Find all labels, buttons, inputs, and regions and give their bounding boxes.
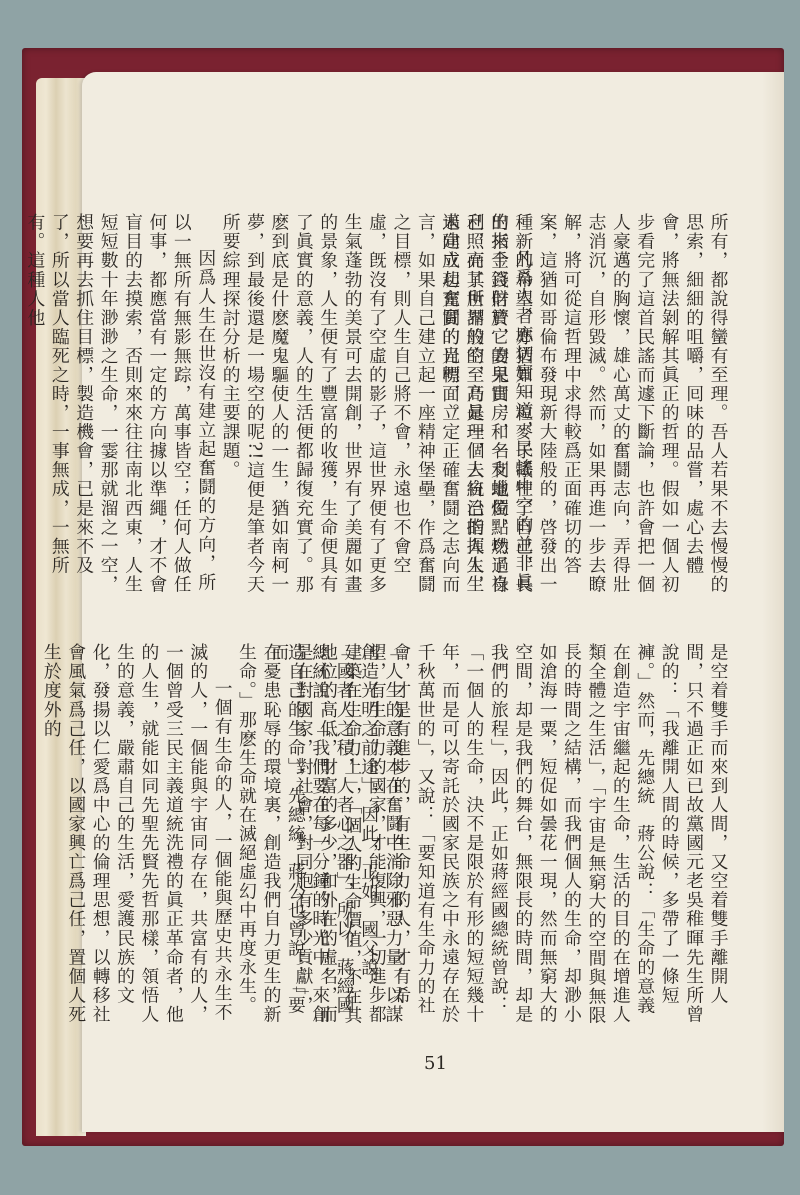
paragraph: 因爲人生在世沒有建立起奮鬪的方向，所以一無所有無影無踪，萬事皆空；任何人做任何事… [22, 213, 217, 603]
paragraph: 凡爲人者應切實知道，民謠中空的並非眞的指金錢財寶，妻兒田房，名利地位，功過祿利，… [218, 213, 535, 603]
text-block-top-right: 所有，都說得蠻有至理。吾人若果不去慢慢的思索，細細的咀嚼，囘味的品嘗，處心去體會… [535, 213, 730, 603]
text-block-bottom-right: 是空着雙手而來到人間，又空着雙手離開人間，只不過正如已故黨國元老吳稚暉先生所曾說… [405, 643, 730, 1033]
page-number: 51 [424, 1053, 447, 1074]
text-block-top-left: 凡爲人者應切實知道，民謠中空的並非眞的指金錢財寶，妻兒田房，名利地位，功過祿利，… [150, 213, 535, 603]
paragraph: 「人生的意義本在奮鬪中消除邪惡力量，以謀創造光明之前途」，因此，正如 國父說：「… [234, 643, 405, 1033]
paragraph: 一個有生命的人，一個能與歷史共永生不滅的人，一個能與宇宙同存在，共富有的人，一個… [39, 643, 234, 1033]
text-block-bottom-left: 「人生的意義本在奮鬪中消除邪惡力量，以謀創造光明之前途」，因此，正如 國父說：「… [150, 643, 405, 1033]
